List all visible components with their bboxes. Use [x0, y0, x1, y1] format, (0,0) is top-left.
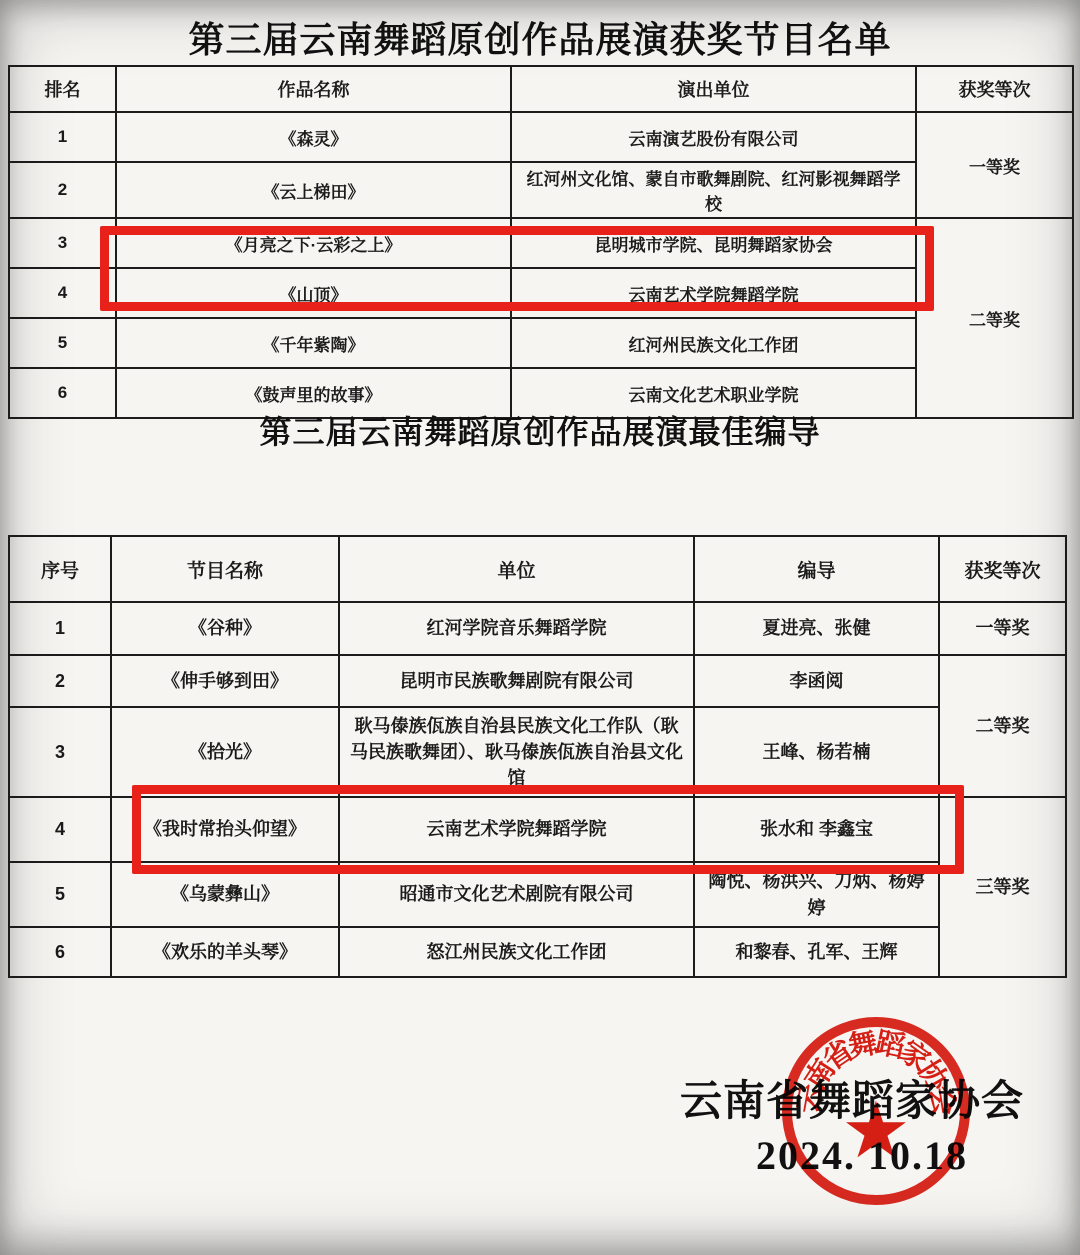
cell-unit: 云南演艺股份有限公司	[511, 112, 916, 162]
cell-award-first: 一等奖	[939, 602, 1066, 655]
cell-number: 3	[9, 707, 111, 797]
table1-header-row: 排名 作品名称 演出单位 获奖等次	[9, 66, 1073, 112]
cell-work: 《欢乐的羊头琴》	[111, 927, 339, 977]
cell-unit: 红河学院音乐舞蹈学院	[339, 602, 694, 655]
cell-choreographers: 夏进亮、张健	[694, 602, 939, 655]
page-title-best-choreographer: 第三届云南舞蹈原创作品展演最佳编导	[0, 407, 1080, 453]
cell-number: 6	[9, 927, 111, 977]
cell-work: 《山顶》	[116, 268, 511, 318]
cell-unit: 怒江州民族文化工作团	[339, 927, 694, 977]
cell-unit: 耿马傣族佤族自治县民族文化工作队（耿马民族歌舞团）、耿马傣族佤族自治县文化馆	[339, 707, 694, 797]
cell-number: 2	[9, 655, 111, 707]
official-seal: 云 南 省 舞 蹈 家 协 会 ★	[782, 1017, 970, 1205]
star-icon: ★	[841, 1091, 911, 1169]
page-title-awards: 第三届云南舞蹈原创作品展演获奖节目名单	[0, 12, 1080, 63]
cell-unit: 红河州民族文化工作团	[511, 318, 916, 368]
col-header-award: 获奖等次	[939, 536, 1066, 602]
col-header-work: 作品名称	[116, 66, 511, 112]
cell-award-third: 三等奖	[939, 797, 1066, 977]
cell-unit: 昆明城市学院、昆明舞蹈家协会	[511, 218, 916, 268]
cell-work: 《谷种》	[111, 602, 339, 655]
cell-rank: 4	[9, 268, 116, 318]
best-choreographer-table: 序号 节目名称 单位 编导 获奖等次 1 《谷种》 红河学院音乐舞蹈学院 夏进亮…	[8, 535, 1067, 978]
col-header-choreographer: 编导	[694, 536, 939, 602]
cell-number: 5	[9, 862, 111, 927]
cell-rank: 1	[9, 112, 116, 162]
table-row: 3 《拾光》 耿马傣族佤族自治县民族文化工作队（耿马民族歌舞团）、耿马傣族佤族自…	[9, 707, 1066, 797]
cell-work: 《千年紫陶》	[116, 318, 511, 368]
cell-choreographers: 王峰、杨若楠	[694, 707, 939, 797]
cell-award-first: 一等奖	[916, 112, 1073, 218]
col-header-award: 获奖等次	[916, 66, 1073, 112]
cell-rank: 3	[9, 218, 116, 268]
cell-choreographers: 张水和 李鑫宝	[694, 797, 939, 862]
cell-work: 《伸手够到田》	[111, 655, 339, 707]
table-row: 2 《伸手够到田》 昆明市民族歌舞剧院有限公司 李函阅 二等奖	[9, 655, 1066, 707]
col-header-program: 节目名称	[111, 536, 339, 602]
cell-work: 《云上梯田》	[116, 162, 511, 218]
cell-unit: 昆明市民族歌舞剧院有限公司	[339, 655, 694, 707]
cell-work: 《森灵》	[116, 112, 511, 162]
seal-char: 会	[924, 1084, 957, 1117]
cell-choreographers: 和黎春、孔军、王辉	[694, 927, 939, 977]
table-row: 5 《千年紫陶》 红河州民族文化工作团	[9, 318, 1073, 368]
col-header-unit: 演出单位	[511, 66, 916, 112]
table2-header-row: 序号 节目名称 单位 编导 获奖等次	[9, 536, 1066, 602]
table-row: 1 《森灵》 云南演艺股份有限公司 一等奖	[9, 112, 1073, 162]
table-row: 2 《云上梯田》 红河州文化馆、蒙自市歌舞剧院、红河影视舞蹈学校	[9, 162, 1073, 218]
cell-unit: 云南艺术学院舞蹈学院	[339, 797, 694, 862]
col-header-rank: 排名	[9, 66, 116, 112]
cell-unit: 云南艺术学院舞蹈学院	[511, 268, 916, 318]
col-header-unit: 单位	[339, 536, 694, 602]
cell-unit: 昭通市文化艺术剧院有限公司	[339, 862, 694, 927]
cell-award-second: 二等奖	[916, 218, 1073, 418]
cell-number: 4	[9, 797, 111, 862]
cell-work: 《拾光》	[111, 707, 339, 797]
cell-rank: 2	[9, 162, 116, 218]
cell-unit: 红河州文化馆、蒙自市歌舞剧院、红河影视舞蹈学校	[511, 162, 916, 218]
cell-choreographers: 李函阅	[694, 655, 939, 707]
cell-work: 《月亮之下·云彩之上》	[116, 218, 511, 268]
table-row-highlighted: 4 《山顶》 云南艺术学院舞蹈学院	[9, 268, 1073, 318]
col-header-number: 序号	[9, 536, 111, 602]
cell-work: 《乌蒙彝山》	[111, 862, 339, 927]
awards-table: 排名 作品名称 演出单位 获奖等次 1 《森灵》 云南演艺股份有限公司 一等奖 …	[8, 65, 1074, 419]
cell-award-second: 二等奖	[939, 655, 1066, 797]
table-row: 6 《欢乐的羊头琴》 怒江州民族文化工作团 和黎春、孔军、王辉	[9, 927, 1066, 977]
cell-number: 1	[9, 602, 111, 655]
table-row-highlighted: 4 《我时常抬头仰望》 云南艺术学院舞蹈学院 张水和 李鑫宝 三等奖	[9, 797, 1066, 862]
cell-work: 《我时常抬头仰望》	[111, 797, 339, 862]
table-row: 1 《谷种》 红河学院音乐舞蹈学院 夏进亮、张健 一等奖	[9, 602, 1066, 655]
table-row: 3 《月亮之下·云彩之上》 昆明城市学院、昆明舞蹈家协会 二等奖	[9, 218, 1073, 268]
cell-choreographers: 陶悦、杨洪兴、刀炳、杨婷婷	[694, 862, 939, 927]
cell-rank: 5	[9, 318, 116, 368]
table-row: 5 《乌蒙彝山》 昭通市文化艺术剧院有限公司 陶悦、杨洪兴、刀炳、杨婷婷	[9, 862, 1066, 927]
